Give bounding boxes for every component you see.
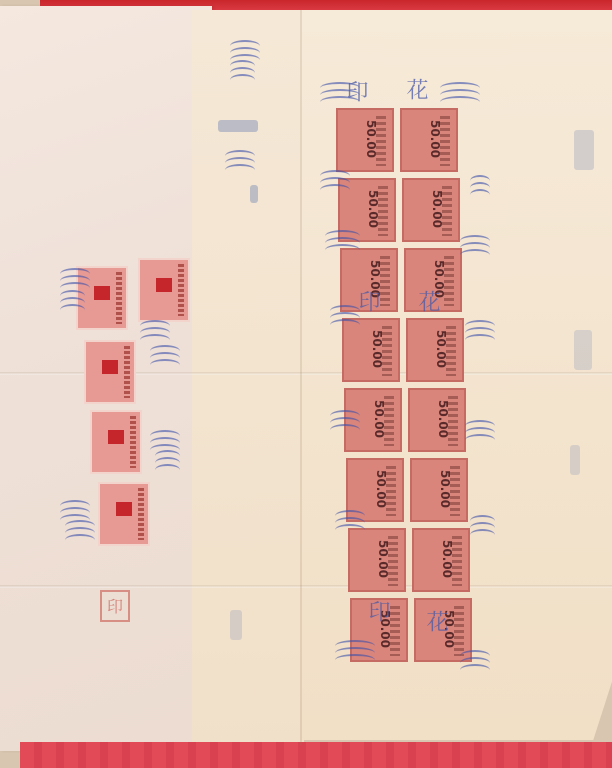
red-seal: 印 (100, 590, 130, 622)
ink-mark (574, 130, 594, 170)
flag-stamp (90, 410, 142, 474)
flag-stamp (138, 258, 190, 322)
cancel-char: 花 (412, 290, 443, 316)
cancel-char: 印 (352, 290, 383, 316)
revenue-stamp: 50.00 (400, 108, 458, 172)
fold-line (300, 10, 302, 745)
fold-line (0, 585, 612, 588)
ink-mark (230, 610, 242, 640)
flag-stamp (84, 340, 136, 404)
cancel-char: 花 (420, 610, 451, 636)
revenue-stamp: 50.00 (348, 528, 406, 592)
cancel-char: 花 (400, 78, 431, 104)
ink-mark (570, 445, 580, 475)
ink-mark (250, 185, 258, 203)
flag-icon (108, 430, 124, 444)
revenue-stamp-block: 50.0050.0050.0050.0050.0050.0050.0050.00… (336, 108, 458, 662)
ink-mark (574, 330, 592, 370)
revenue-stamp: 50.00 (410, 458, 468, 522)
ink-mark (218, 120, 258, 132)
flag-icon (116, 502, 132, 516)
red-backing-bottom (20, 742, 612, 768)
revenue-stamp: 50.00 (406, 318, 464, 382)
flag-stamp (98, 482, 150, 546)
flag-icon (156, 278, 172, 292)
flag-icon (102, 360, 118, 374)
revenue-stamp: 50.00 (412, 528, 470, 592)
revenue-stamp: 50.00 (402, 178, 460, 242)
cancel-char: 印 (362, 600, 393, 626)
revenue-stamp: 50.00 (408, 388, 466, 452)
flag-icon (94, 286, 110, 300)
cancel-char: 印 (340, 80, 371, 106)
revenue-stamp: 50.00 (336, 108, 394, 172)
